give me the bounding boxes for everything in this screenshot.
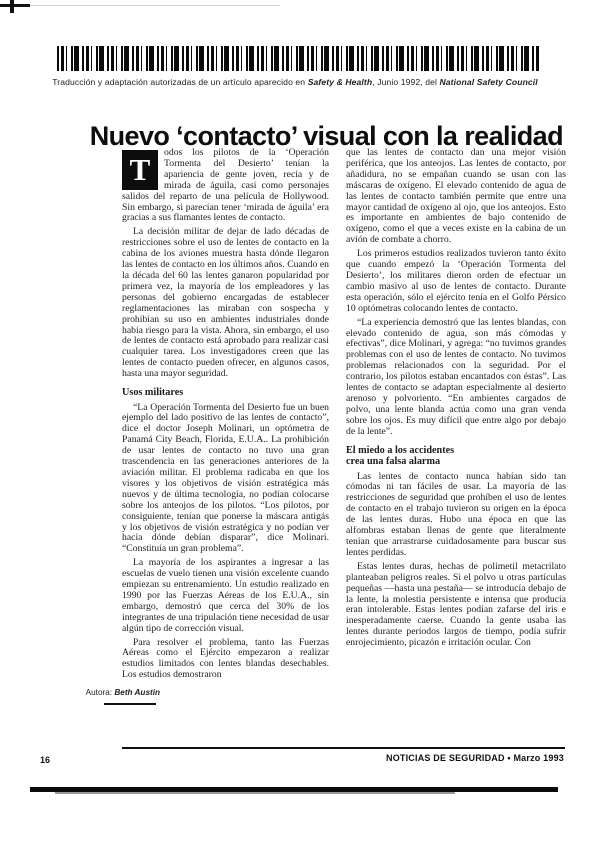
heading-line: El miedo a los accidentes (346, 445, 566, 457)
author-name: Beth Austin (114, 688, 160, 697)
article-paragraph: La decisión militar de dejar de lado déc… (122, 227, 329, 380)
author-note: Autora: Beth Austin (60, 688, 160, 697)
article-paragraph: “La experiencia demostró que las lentes … (346, 318, 566, 438)
article-body: Todos los pilotos de la ‘Operación Torme… (122, 148, 566, 746)
footer-rule (122, 747, 565, 749)
article-paragraph: Todos los pilotos de la ‘Operación Torme… (122, 148, 329, 224)
crop-mark-horizontal (0, 4, 30, 7)
page-number: 16 (40, 755, 50, 765)
article-paragraph: Para resolver el problema, tanto las Fue… (122, 638, 329, 682)
article-paragraph: La mayoría de los aspirantes a ingresar … (122, 558, 329, 634)
section-heading-miedo-accidentes: El miedo a los accidentescrea una falsa … (346, 445, 566, 468)
credit-middle: , Junio 1992, del (372, 77, 439, 87)
article-paragraph: “La Operación Tormenta del Desierto fue … (122, 403, 329, 556)
credit-line: Traducción y adaptación autorizadas de u… (0, 77, 590, 87)
author-underline (104, 703, 156, 705)
article-paragraph: Los primeros estudios realizados tuviero… (346, 249, 566, 314)
article-paragraph: Las lentes de contacto nunca habían sido… (346, 472, 566, 559)
dropcap-letter: T (122, 150, 158, 190)
credit-org: National Safety Council (440, 77, 538, 87)
article-column-left: Todos los pilotos de la ‘Operación Torme… (122, 148, 329, 746)
scan-hairline (30, 5, 280, 6)
barcode-strip-icon (57, 46, 541, 71)
crop-mark-vertical (10, 0, 14, 13)
article-paragraph: que las lentes de contacto dan una mejor… (346, 148, 566, 246)
article-paragraph: Estas lentes duras, hechas de polimetil … (346, 562, 566, 649)
journal-footer: NOTICIAS DE SEGURIDAD • Marzo 1993 (386, 753, 564, 763)
article-column-right: que las lentes de contacto dan una mejor… (346, 148, 566, 746)
author-label: Autora: (86, 688, 115, 697)
credit-prefix: Traducción y adaptación autorizadas de u… (52, 77, 307, 87)
bottom-bar-shadow (55, 792, 455, 794)
credit-magazine: Safety & Health (308, 77, 373, 87)
section-heading-usos-militares: Usos militares (122, 387, 329, 399)
heading-line: crea una falsa alarma (346, 456, 566, 468)
